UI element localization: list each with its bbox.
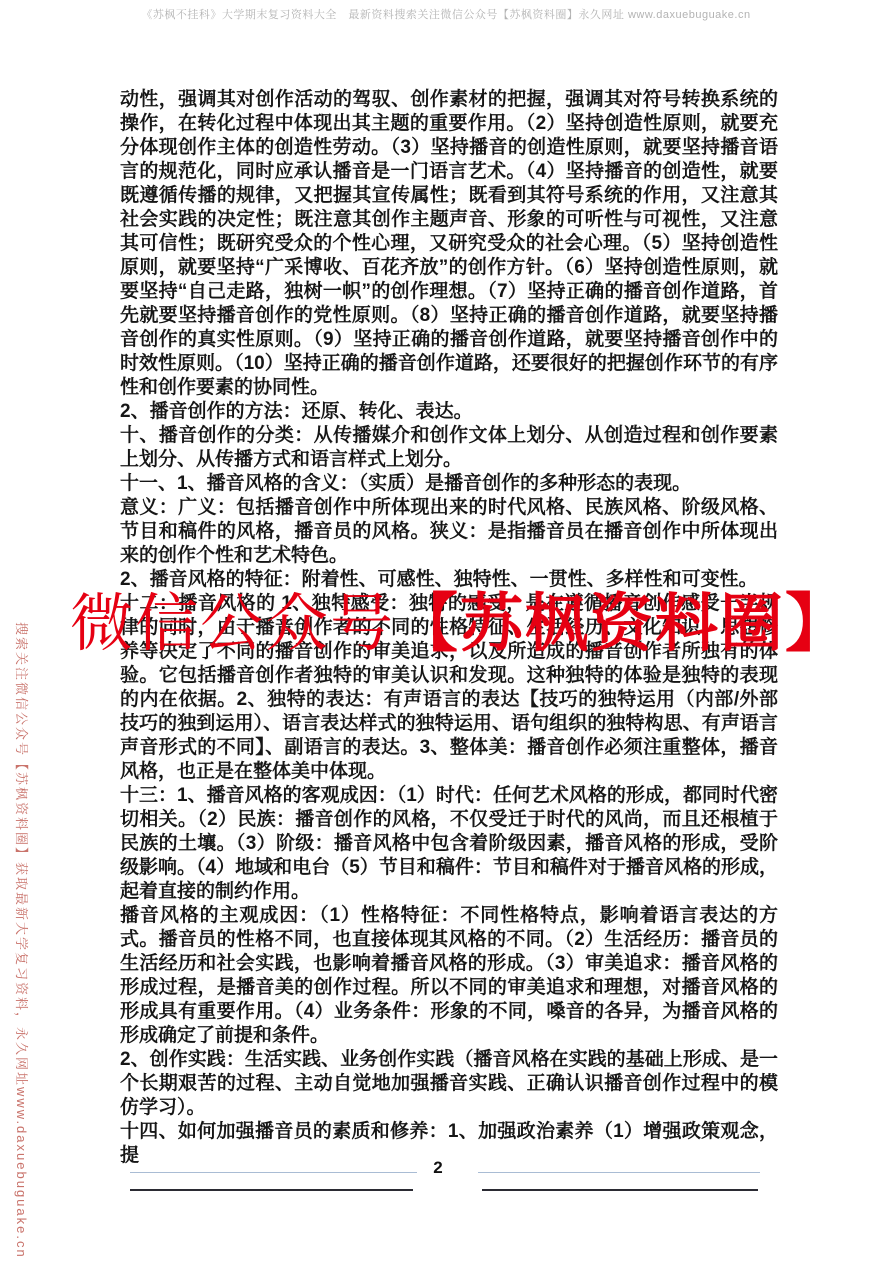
document-page: 《苏枫不挂科》大学期末复习资料大全 最新资料搜索关注微信公众号【苏枫资料圈】永久…	[0, 0, 892, 1262]
footer-line-light-right	[478, 1172, 760, 1173]
footer-line-light-left	[130, 1172, 417, 1173]
paragraph: 十三：1、播音风格的客观成因：（1）时代：任何艺术风格的形成，都同时代密切相关。…	[120, 784, 778, 904]
footer-line-dark-left	[130, 1189, 413, 1191]
paragraph: 十一、1、播音风格的含义：（实质）是播音创作的多种形态的表现。	[120, 472, 778, 496]
watermark-bracketed: 【苏枫资料圈】	[395, 589, 850, 659]
red-watermark: 微信公众号【苏枫资料圈】	[70, 586, 850, 662]
paragraph: 2、创作实践：生活实践、业务创作实践（播音风格在实践的基础上形成、是一个长期艰苦…	[120, 1048, 778, 1120]
paragraph: 2、播音创作的方法：还原、转化、表达。	[120, 400, 778, 424]
paragraph: 意义：广义：包括播音创作中所体现出来的时代风格、民族风格、阶级风格、节目和稿件的…	[120, 496, 778, 568]
footer-line-dark-right	[482, 1189, 758, 1191]
paragraph: 十、播音创作的分类：从传播媒介和创作文体上划分、从创造过程和创作要素上划分、从传…	[120, 424, 778, 472]
page-header-text: 《苏枫不挂科》大学期末复习资料大全 最新资料搜索关注微信公众号【苏枫资料圈】永久…	[0, 6, 892, 22]
watermark-prefix: 微信公众号	[70, 589, 395, 659]
page-number: 2	[419, 1158, 457, 1178]
vertical-side-note: 搜索关注微信公众号【苏枫资料圈】获取最新大学复习资料，永久网址www.daxue…	[12, 622, 30, 1259]
paragraph: 动性，强调其对创作活动的驾驭、创作素材的把握，强调其对符号转换系统的操作，在转化…	[120, 88, 778, 400]
paragraph: 播音风格的主观成因：（1）性格特征：不同性格特点，影响着语言表达的方式。播音员的…	[120, 904, 778, 1048]
